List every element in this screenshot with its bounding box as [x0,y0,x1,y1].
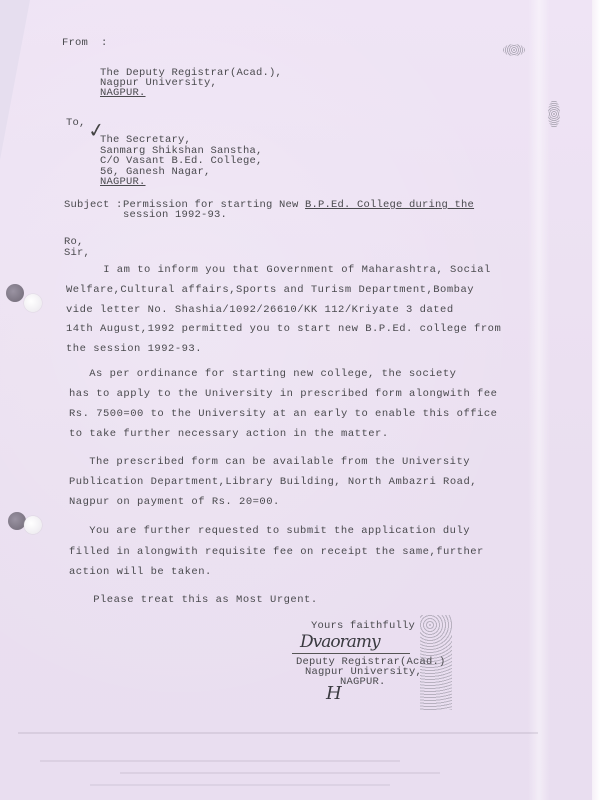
page-corner-fold [0,0,30,160]
body-line: Welfare,Cultural affairs,Sports and Turi… [66,284,474,296]
body-line: You are further requested to submit the … [62,525,470,537]
punch-hole-dark [6,284,24,302]
punch-hole-light [24,516,42,534]
body-line: Rs. 7500=00 to the University at an earl… [69,408,497,420]
bleed-through-line [90,784,390,786]
page-right-edge [592,0,600,800]
body-line: Nagpur on payment of Rs. 20=00. [69,496,280,508]
body-line: to take further necessary action in the … [69,428,389,440]
body-line: action will be taken. [69,566,212,578]
bleed-through-line [120,772,440,774]
body-line: filled in alongwith requisite fee on rec… [69,546,484,558]
body-line: 14th August,1992 permitted you to start … [66,323,501,335]
subject-line: session 1992-93. [123,209,227,221]
handwritten-initials: H [326,683,341,704]
page-fold-shine [528,0,550,800]
from-label: From : [62,37,108,49]
signature-underline [292,653,410,654]
to-label: To, [66,117,86,129]
signatory-line: NAGPUR. [340,676,386,688]
body-line: I am to inform you that Government of Ma… [76,264,491,276]
bleed-through-line [40,760,400,762]
body-line: vide letter No. Shashia/1092/26610/KK 11… [66,304,454,316]
ink-blot [503,44,525,56]
subject-label: Subject : [64,199,123,211]
bleed-through-line [18,732,538,734]
to-line: NAGPUR. [100,176,146,188]
punch-hole-light [24,294,42,312]
body-line: Please treat this as Most Urgent. [66,594,318,606]
handwritten-signature: Dvaoramy [300,632,380,652]
ink-blot [548,100,560,128]
body-line: the session 1992-93. [66,343,202,355]
salutation-line: Sir, [64,247,90,259]
closing-text: Yours faithfully [311,620,415,632]
subject-underlined-text: B.P.Ed. College during the [305,199,474,211]
body-line: has to apply to the University in prescr… [69,388,497,400]
body-line: As per ordinance for starting new colleg… [62,368,456,380]
punch-hole-dark [8,512,26,530]
from-line: NAGPUR. [100,87,146,99]
body-line: The prescribed form can be available fro… [62,456,470,468]
body-line: Publication Department,Library Building,… [69,476,477,488]
